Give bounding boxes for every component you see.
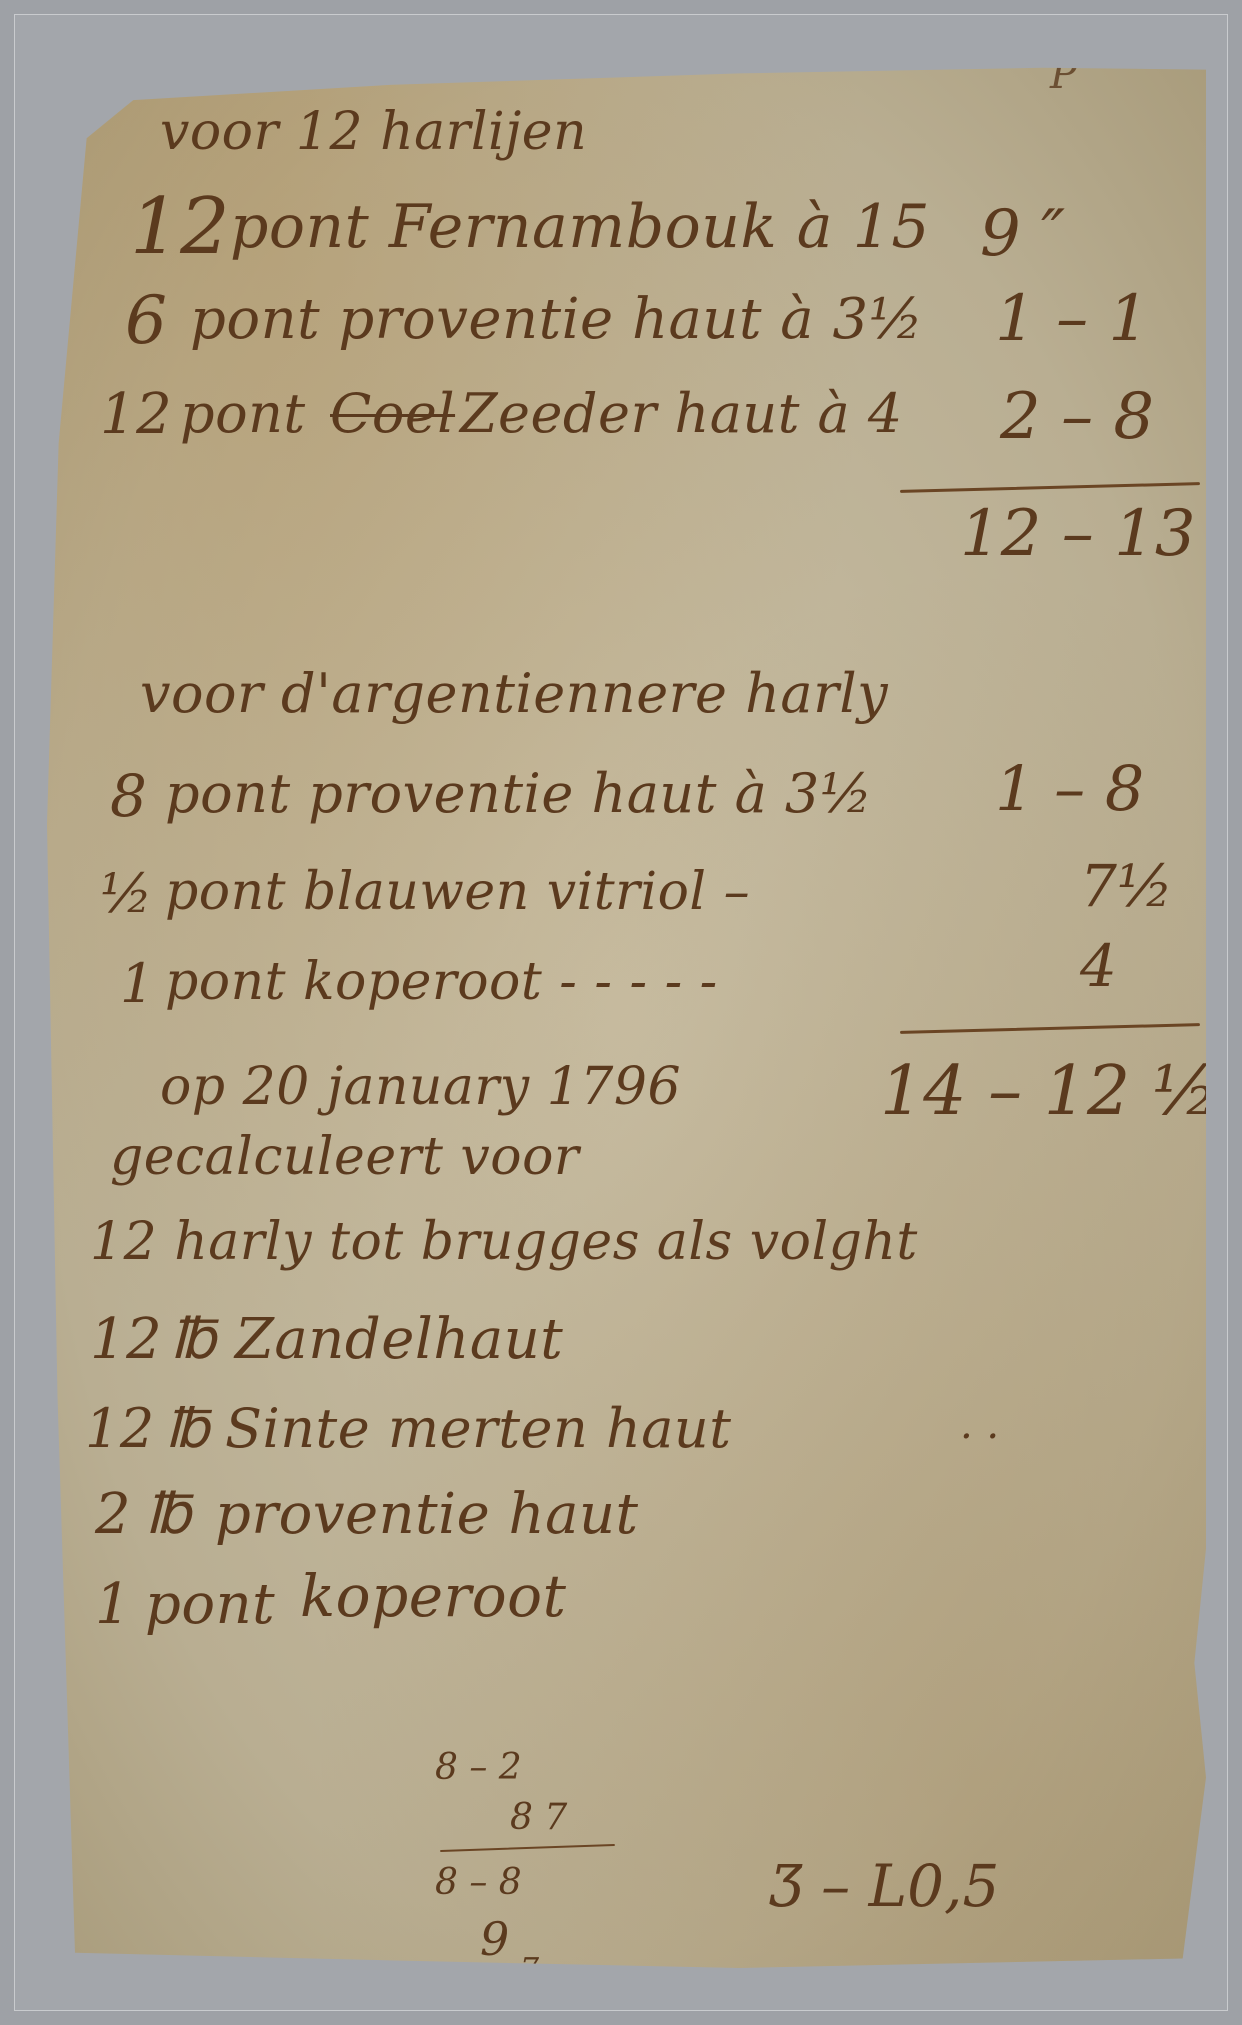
line-qty: 12 <box>100 382 172 447</box>
paper-sheet: P voor 12 harlijen 12 pont Fernambouk à … <box>40 62 1206 1968</box>
line-text: pont blauwen vitriol – <box>165 862 750 922</box>
line-unit: ℔ <box>170 1307 216 1372</box>
line-trail: . . <box>960 1402 1000 1448</box>
line-text: Zandelhaut <box>235 1307 563 1372</box>
line-text: proventie haut <box>215 1482 639 1547</box>
section-1-heading: voor 12 harlijen <box>160 102 587 162</box>
line-text: pont proventie haut à 3½ <box>190 287 923 352</box>
line-amount: 1 – 8 <box>995 752 1144 825</box>
total-rule-2 <box>900 1023 1200 1034</box>
section-1-total: 12 – 13 <box>960 497 1196 571</box>
line-amount: 2 – 8 <box>1000 380 1154 454</box>
calc-line-2: 8 7 <box>510 1797 567 1838</box>
line-unit: ℔ <box>165 1397 210 1460</box>
line-amount: 9 ″ <box>980 197 1065 271</box>
line-text: pont <box>180 382 306 445</box>
line-qty: 12 <box>130 182 230 272</box>
line-amount: 1 – 1 <box>995 282 1149 356</box>
line-text: Sinte merten haut <box>225 1397 731 1460</box>
section-2-heading: voor d'argentiennere harly <box>140 662 888 725</box>
line-text-after: Zeeder haut à 4 <box>460 382 903 445</box>
section-2-total: 14 – 12 ½ <box>880 1052 1218 1131</box>
line-unit: pont <box>145 1572 275 1637</box>
calc-rule <box>440 1844 615 1852</box>
calc-purpose: 12 harly tot brugges als volght <box>90 1212 918 1272</box>
line-qty: 12 <box>85 1397 155 1460</box>
line-text: pont koperoot - - - - - <box>165 952 718 1012</box>
date-line: op 20 january 1796 <box>160 1057 681 1117</box>
total-rule-1 <box>900 482 1200 493</box>
calc-line-1: 8 – 2 <box>435 1747 522 1788</box>
line-text: pont Fernambouk à 15 <box>230 192 930 262</box>
line-qty: 8 <box>110 762 147 830</box>
line-qty: 6 <box>125 282 168 359</box>
line-amount: 4 <box>1080 932 1117 1000</box>
line-qty: 12 <box>90 1307 162 1372</box>
line-qty: 2 <box>95 1482 131 1547</box>
calc-intro: gecalculeert voor <box>110 1127 579 1187</box>
struck-word: Coel <box>330 382 455 445</box>
line-qty: 1 <box>120 952 155 1015</box>
line-text: koperoot <box>300 1562 566 1630</box>
calc-line-4: 9 <box>480 1912 509 1966</box>
line-text: pont proventie haut à 3½ <box>165 762 873 825</box>
calc-line-3: 8 – 8 <box>435 1862 522 1903</box>
line-qty: 1 <box>95 1572 131 1637</box>
line-qty: ½ <box>100 862 153 925</box>
line-amount: 7½ <box>1080 852 1173 920</box>
calc-side-note: Ʒ – L0,5 <box>770 1852 999 1920</box>
line-unit: ℔ <box>145 1482 191 1547</box>
